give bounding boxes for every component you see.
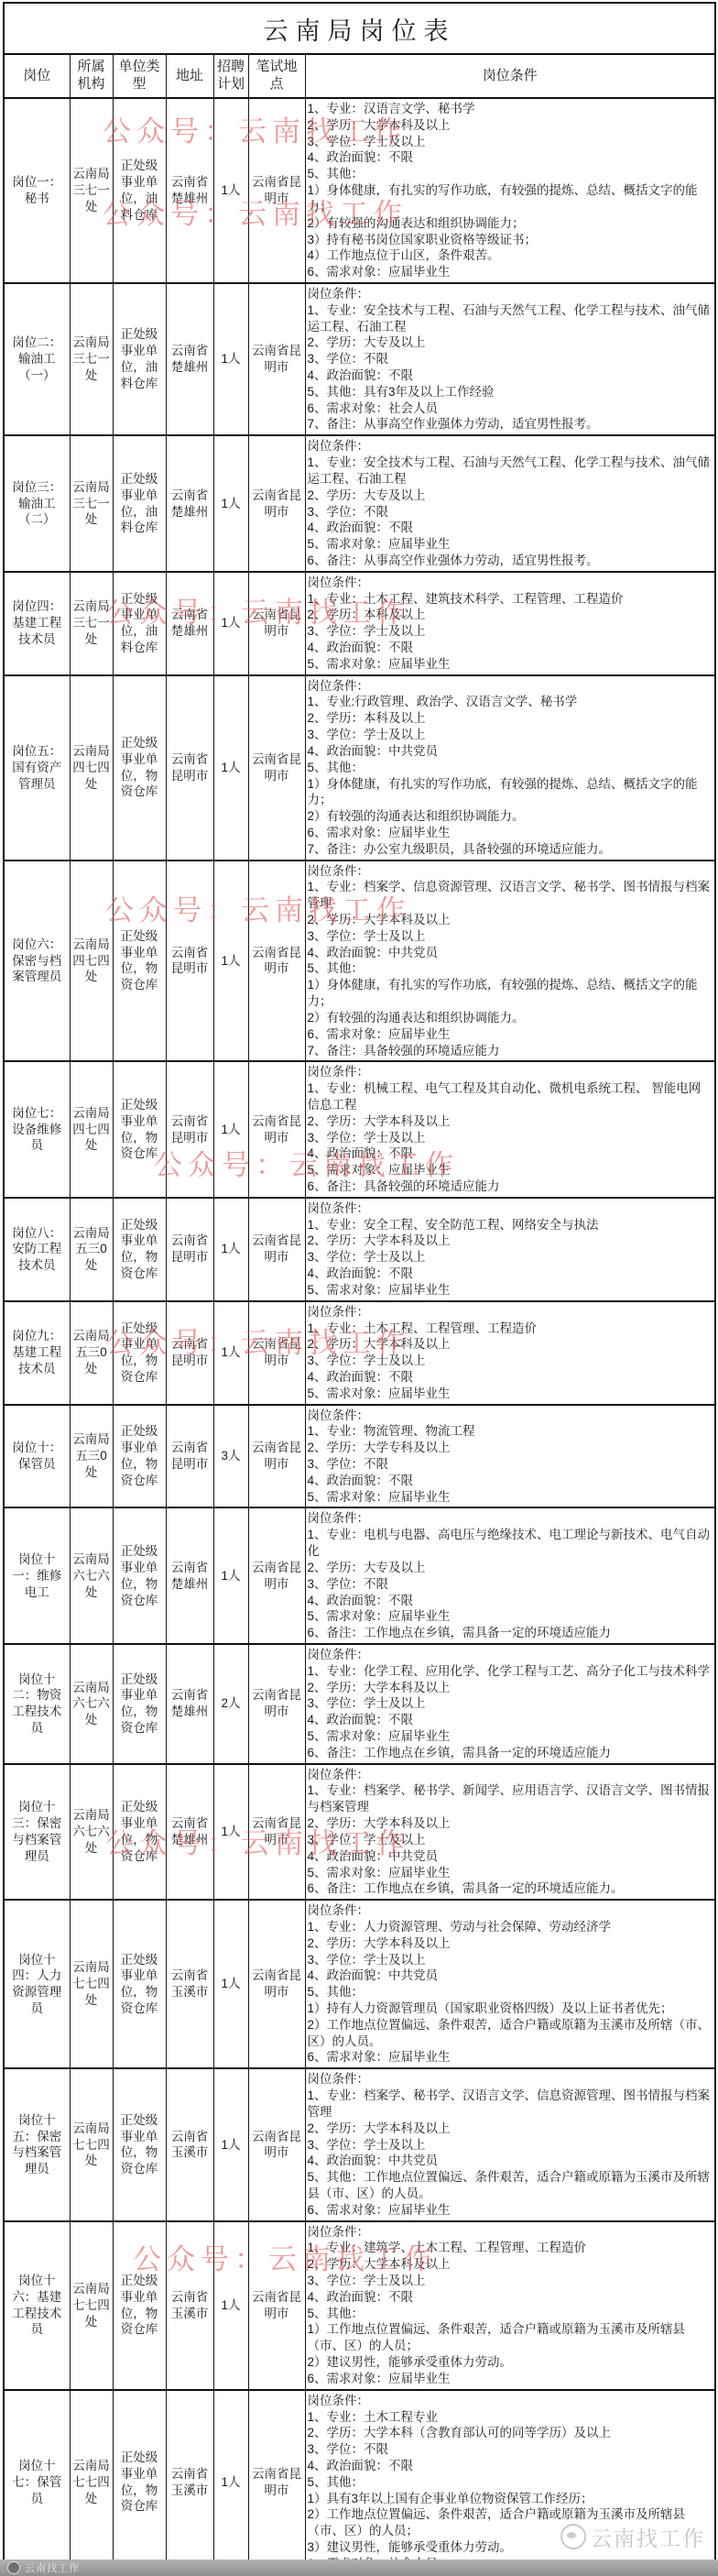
position-cell: 岗位十一：维修电工 xyxy=(4,1507,70,1644)
footer-bar: 云南找工作 xyxy=(0,2560,718,2576)
plan-cell: 1人 xyxy=(213,1061,248,1198)
table-row: 岗位二：输油工（一） 云南局三七一处 正处级事业单位，油料仓库 云南省楚雄州 1… xyxy=(4,283,715,435)
table-body: 云南局岗位表 岗位 所属机构 单位类型 地址 招聘计划 笔试地点 岗位条件 岗位… xyxy=(4,3,715,2575)
org-cell: 云南局六七六处 xyxy=(70,1644,113,1764)
conditions-cell: 岗位条件： 1、专业：土木工程专业 2、学历：大学本科（含教育部认可的同等学历）… xyxy=(305,2390,715,2575)
org-cell: 云南局三七一处 xyxy=(70,283,113,435)
plan-cell: 2人 xyxy=(213,1644,248,1764)
position-cell: 岗位三：输油工（二） xyxy=(4,435,70,572)
conditions-cell: 岗位条件： 1、专业：土木工程、工程管理、工程造价 2、学历：大学本科及以上 3… xyxy=(305,1301,715,1405)
address-cell: 云南省楚雄州 xyxy=(166,435,213,572)
table-row: 岗位七：设备维修员 云南局四七四处 正处级事业单位，物资仓库 云南省昆明市 1人… xyxy=(4,1061,715,1198)
org-cell: 云南局七七四处 xyxy=(70,2390,113,2575)
address-cell: 云南省昆明市 xyxy=(166,1061,213,1198)
org-cell: 云南局四七四处 xyxy=(70,1061,113,1198)
conditions-cell: 岗位条件： 1、专业：化学工程、应用化学、化学工程与工艺、高分子化工与技术科学 … xyxy=(305,1644,715,1764)
conditions-cell: 1、专业：汉语言文学、秘书学 2、学历：大学本科及以上 3、学位：学士及以上 4… xyxy=(305,98,715,283)
exam-site-cell: 云南省昆明市 xyxy=(248,1061,305,1198)
address-cell: 云南省玉溪市 xyxy=(166,2068,213,2220)
plan-cell: 1人 xyxy=(213,98,248,283)
position-cell: 岗位一：秘书 xyxy=(4,98,70,283)
positions-table: 云南局岗位表 岗位 所属机构 单位类型 地址 招聘计划 笔试地点 岗位条件 岗位… xyxy=(3,2,716,2576)
table-row: 岗位三：输油工（二） 云南局三七一处 正处级事业单位，油料仓库 云南省楚雄州 1… xyxy=(4,435,715,572)
address-cell: 云南省楚雄州 xyxy=(166,1507,213,1644)
plan-cell: 1人 xyxy=(213,435,248,572)
plan-cell: 1人 xyxy=(213,2221,248,2390)
exam-site-cell: 云南省昆明市 xyxy=(248,1507,305,1644)
address-cell: 云南省昆明市 xyxy=(166,1301,213,1405)
exam-site-cell: 云南省昆明市 xyxy=(248,2390,305,2575)
org-cell: 云南局五三0处 xyxy=(70,1405,113,1508)
unit-type-cell: 正处级事业单位，物资仓库 xyxy=(113,1405,166,1508)
position-cell: 岗位十七：保管员 xyxy=(4,2390,70,2575)
org-cell: 云南局六七六处 xyxy=(70,1507,113,1644)
address-cell: 云南省楚雄州 xyxy=(166,283,213,435)
position-cell: 岗位九：基建工程技术员 xyxy=(4,1301,70,1405)
address-cell: 云南省楚雄州 xyxy=(166,1644,213,1764)
exam-site-cell: 云南省昆明市 xyxy=(248,2221,305,2390)
exam-site-cell: 云南省昆明市 xyxy=(248,283,305,435)
plan-cell: 1人 xyxy=(213,1764,248,1901)
plan-cell: 3人 xyxy=(213,1405,248,1508)
conditions-cell: 岗位条件： 1、专业：物流管理、物流工程 2、学历：大学专科及以上 3、学位：不… xyxy=(305,1405,715,1508)
position-cell: 岗位二：输油工（一） xyxy=(4,283,70,435)
table-row: 岗位十七：保管员 云南局七七四处 正处级事业单位，物资仓库 云南省玉溪市 1人 … xyxy=(4,2390,715,2575)
unit-type-cell: 正处级事业单位，物资仓库 xyxy=(113,860,166,1062)
org-cell: 云南局四七四处 xyxy=(70,860,113,1062)
address-cell: 云南省楚雄州 xyxy=(166,1764,213,1901)
unit-type-cell: 正处级事业单位，油料仓库 xyxy=(113,283,166,435)
conditions-cell: 岗位条件： 1、专业：档案学、秘书学、新闻学、应用语言学、汉语言文学、图书情报与… xyxy=(305,1764,715,1901)
org-cell: 云南局七七四处 xyxy=(70,2068,113,2220)
exam-site-cell: 云南省昆明市 xyxy=(248,1900,305,2068)
address-cell: 云南省楚雄州 xyxy=(166,572,213,675)
position-cell: 岗位十六：基建工程技术员 xyxy=(4,2221,70,2390)
plan-cell: 1人 xyxy=(213,2068,248,2220)
org-cell: 云南局四七四处 xyxy=(70,675,113,860)
address-cell: 云南省昆明市 xyxy=(166,1198,213,1301)
table-row: 岗位四：基建工程技术员 云南局三七一处 正处级事业单位，油料仓库 云南省楚雄州 … xyxy=(4,572,715,675)
position-cell: 岗位十二：物资工程技术员 xyxy=(4,1644,70,1764)
column-header-conditions: 岗位条件 xyxy=(305,54,715,98)
exam-site-cell: 云南省昆明市 xyxy=(248,1405,305,1508)
table-row: 岗位九：基建工程技术员 云南局五三0处 正处级事业单位，物资仓库 云南省昆明市 … xyxy=(4,1301,715,1405)
org-cell: 云南局三七一处 xyxy=(70,572,113,675)
position-cell: 岗位七：设备维修员 xyxy=(4,1061,70,1198)
org-cell: 云南局三七一处 xyxy=(70,98,113,283)
table-row: 岗位八：安防工程技术员 云南局五三0处 正处级事业单位，物资仓库 云南省昆明市 … xyxy=(4,1198,715,1301)
table-row: 岗位一：秘书 云南局三七一处 正处级事业单位，油料仓库 云南省楚雄州 1人 云南… xyxy=(4,98,715,283)
conditions-cell: 岗位条件： 1、专业：人力资源管理、劳动与社会保障、劳动经济学 2、学历：大学本… xyxy=(305,1900,715,2068)
conditions-cell: 岗位条件： 1、专业：安全技术与工程、石油与天然气工程、化学工程与技术、油气储运… xyxy=(305,283,715,435)
org-cell: 云南局七七四处 xyxy=(70,1900,113,2068)
exam-site-cell: 云南省昆明市 xyxy=(248,98,305,283)
unit-type-cell: 正处级事业单位，物资仓库 xyxy=(113,1301,166,1405)
title-row: 云南局岗位表 xyxy=(4,3,715,54)
address-cell: 云南省昆明市 xyxy=(166,1405,213,1508)
plan-cell: 1人 xyxy=(213,1198,248,1301)
exam-site-cell: 云南省昆明市 xyxy=(248,572,305,675)
exam-site-cell: 云南省昆明市 xyxy=(248,1198,305,1301)
plan-cell: 1人 xyxy=(213,860,248,1062)
unit-type-cell: 正处级事业单位，物资仓库 xyxy=(113,2221,166,2390)
plan-cell: 1人 xyxy=(213,1301,248,1405)
column-header-unit-type: 单位类型 xyxy=(113,54,166,98)
exam-site-cell: 云南省昆明市 xyxy=(248,1301,305,1405)
column-header-exam-site: 笔试地点 xyxy=(248,54,305,98)
plan-cell: 1人 xyxy=(213,1507,248,1644)
unit-type-cell: 正处级事业单位，物资仓库 xyxy=(113,1644,166,1764)
conditions-cell: 岗位条件： 1、专业：机械工程、电气工程及其自动化、微机电系统工程、 智能电网信… xyxy=(305,1061,715,1198)
column-header-org: 所属机构 xyxy=(70,54,113,98)
position-cell: 岗位十三：保密与档案管理员 xyxy=(4,1764,70,1901)
footer-brand-text: 云南找工作 xyxy=(25,2560,80,2575)
table-row: 岗位十三：保密与档案管理员 云南局六七六处 正处级事业单位，物资仓库 云南省楚雄… xyxy=(4,1764,715,1901)
position-cell: 岗位五：国有资产管理员 xyxy=(4,675,70,860)
table-row: 岗位十二：物资工程技术员 云南局六七六处 正处级事业单位，物资仓库 云南省楚雄州… xyxy=(4,1644,715,1764)
plan-cell: 1人 xyxy=(213,675,248,860)
conditions-cell: 岗位条件： 1、专业：土木工程、建筑技术科学、工程管理、工程造价 2、学历：本科… xyxy=(305,572,715,675)
unit-type-cell: 正处级事业单位，物资仓库 xyxy=(113,1900,166,2068)
position-cell: 岗位十：保管员 xyxy=(4,1405,70,1508)
conditions-cell: 岗位条件： 1、专业:行政管理、政治学、汉语言文学、秘书学 2、学历：本科及以上… xyxy=(305,675,715,860)
address-cell: 云南省玉溪市 xyxy=(166,2390,213,2575)
conditions-cell: 岗位条件： 1、专业：安全工程、安全防范工程、网络安全与执法 2、学历：大学本科… xyxy=(305,1198,715,1301)
unit-type-cell: 正处级事业单位，物资仓库 xyxy=(113,1061,166,1198)
conditions-cell: 岗位条件： 1、专业：安全技术与工程、石油与天然气工程、化学工程与技术、油气储运… xyxy=(305,435,715,572)
table-row: 岗位五：国有资产管理员 云南局四七四处 正处级事业单位，物资仓库 云南省昆明市 … xyxy=(4,675,715,860)
unit-type-cell: 正处级事业单位，油料仓库 xyxy=(113,435,166,572)
exam-site-cell: 云南省昆明市 xyxy=(248,860,305,1062)
unit-type-cell: 正处级事业单位，物资仓库 xyxy=(113,2068,166,2220)
address-cell: 云南省昆明市 xyxy=(166,675,213,860)
exam-site-cell: 云南省昆明市 xyxy=(248,1764,305,1901)
exam-site-cell: 云南省昆明市 xyxy=(248,1644,305,1764)
org-cell: 云南局五三0处 xyxy=(70,1301,113,1405)
plan-cell: 1人 xyxy=(213,2390,248,2575)
address-cell: 云南省玉溪市 xyxy=(166,1900,213,2068)
unit-type-cell: 正处级事业单位，物资仓库 xyxy=(113,1764,166,1901)
table-row: 岗位十一：维修电工 云南局六七六处 正处级事业单位，物资仓库 云南省楚雄州 1人… xyxy=(4,1507,715,1644)
unit-type-cell: 正处级事业单位，物资仓库 xyxy=(113,675,166,860)
conditions-cell: 岗位条件： 1、专业：电机与电器、高电压与绝缘技术、电工理论与新技术、电气自动化… xyxy=(305,1507,715,1644)
unit-type-cell: 正处级事业单位，物资仓库 xyxy=(113,1507,166,1644)
exam-site-cell: 云南省昆明市 xyxy=(248,675,305,860)
footer-logo-icon xyxy=(7,2561,20,2574)
page-title: 云南局岗位表 xyxy=(4,3,715,54)
position-cell: 岗位十五：保密与档案管理员 xyxy=(4,2068,70,2220)
exam-site-cell: 云南省昆明市 xyxy=(248,2068,305,2220)
unit-type-cell: 正处级事业单位，物资仓库 xyxy=(113,2390,166,2575)
table-row: 岗位十五：保密与档案管理员 云南局七七四处 正处级事业单位，物资仓库 云南省玉溪… xyxy=(4,2068,715,2220)
position-cell: 岗位十四：人力资源管理员 xyxy=(4,1900,70,2068)
page: 云南局岗位表 岗位 所属机构 单位类型 地址 招聘计划 笔试地点 岗位条件 岗位… xyxy=(0,0,718,2576)
address-cell: 云南省楚雄州 xyxy=(166,98,213,283)
table-row: 岗位六：保密与档案管理员 云南局四七四处 正处级事业单位，物资仓库 云南省昆明市… xyxy=(4,860,715,1062)
table-row: 岗位十六：基建工程技术员 云南局七七四处 正处级事业单位，物资仓库 云南省玉溪市… xyxy=(4,2221,715,2390)
position-cell: 岗位八：安防工程技术员 xyxy=(4,1198,70,1301)
org-cell: 云南局三七一处 xyxy=(70,435,113,572)
unit-type-cell: 正处级事业单位，油料仓库 xyxy=(113,572,166,675)
position-cell: 岗位六：保密与档案管理员 xyxy=(4,860,70,1062)
address-cell: 云南省玉溪市 xyxy=(166,2221,213,2390)
conditions-cell: 岗位条件： 1、专业：建筑学、土木工程、工程管理、工程造价 2、学历：大学本科及… xyxy=(305,2221,715,2390)
plan-cell: 1人 xyxy=(213,1900,248,2068)
org-cell: 云南局六七六处 xyxy=(70,1764,113,1901)
column-header-plan: 招聘计划 xyxy=(213,54,248,98)
column-header-position: 岗位 xyxy=(4,54,70,98)
plan-cell: 1人 xyxy=(213,572,248,675)
org-cell: 云南局五三0处 xyxy=(70,1198,113,1301)
column-header-address: 地址 xyxy=(166,54,213,98)
table-row: 岗位十四：人力资源管理员 云南局七七四处 正处级事业单位，物资仓库 云南省玉溪市… xyxy=(4,1900,715,2068)
plan-cell: 1人 xyxy=(213,283,248,435)
unit-type-cell: 正处级事业单位，物资仓库 xyxy=(113,1198,166,1301)
conditions-cell: 岗位条件： 1、专业：档案学、信息资源管理、汉语言文学、秘书学、图书情报与档案管… xyxy=(305,860,715,1062)
table-row: 岗位十：保管员 云南局五三0处 正处级事业单位，物资仓库 云南省昆明市 3人 云… xyxy=(4,1405,715,1508)
header-row: 岗位 所属机构 单位类型 地址 招聘计划 笔试地点 岗位条件 xyxy=(4,54,715,98)
position-cell: 岗位四：基建工程技术员 xyxy=(4,572,70,675)
org-cell: 云南局七七四处 xyxy=(70,2221,113,2390)
address-cell: 云南省昆明市 xyxy=(166,860,213,1062)
conditions-cell: 岗位条件： 1、专业：档案学、秘书学、汉语言文学、信息资源管理、图书情报与档案管… xyxy=(305,2068,715,2220)
unit-type-cell: 正处级事业单位，油料仓库 xyxy=(113,98,166,283)
exam-site-cell: 云南省昆明市 xyxy=(248,435,305,572)
